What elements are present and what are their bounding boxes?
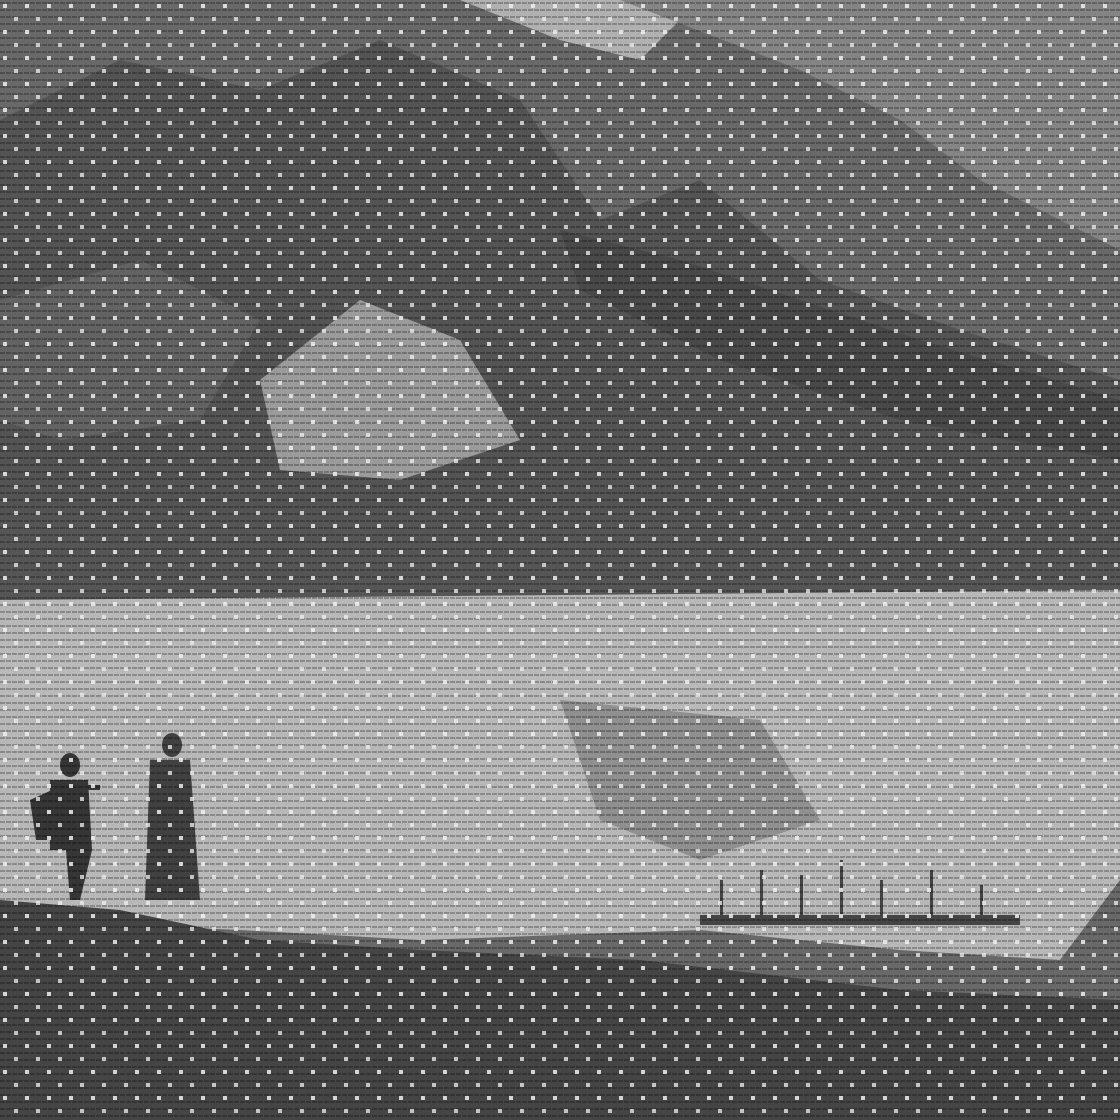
landscape-image	[0, 0, 1120, 1120]
light-dots	[0, 0, 1120, 1120]
